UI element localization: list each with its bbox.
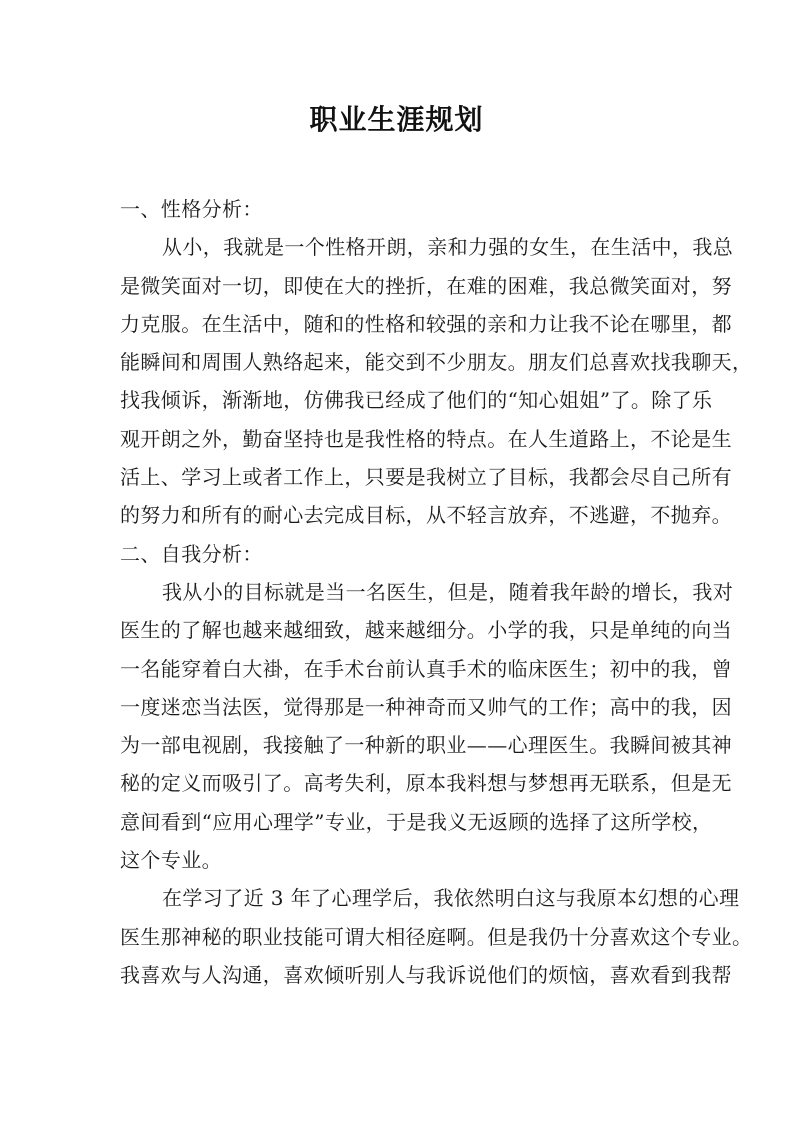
paragraph-line: 医生那神秘的职业技能可谓大相径庭啊。但是我仍十分喜欢这个专业。 xyxy=(120,918,673,956)
paragraph-line: 力克服。在生活中，随和的性格和较强的亲和力让我不论在哪里，都 xyxy=(120,305,673,343)
section-heading-self-analysis: 二、自我分析： xyxy=(120,535,673,573)
paragraph-line: 意间看到“应用心理学”专业，于是我义无返顾的选择了这所学校， xyxy=(120,803,673,841)
document-body: 一、性格分析： 从小，我就是一个性格开朗，亲和力强的女生，在生活中，我总 是微笑… xyxy=(120,190,673,994)
paragraph-line: 是微笑面对一切，即使在大的挫折，在难的困难，我总微笑面对，努 xyxy=(120,267,673,305)
paragraph-line: 我喜欢与人沟通，喜欢倾听别人与我诉说他们的烦恼，喜欢看到我帮 xyxy=(120,956,673,994)
paragraph-line: 一名能穿着白大褂，在手术台前认真手术的临床医生；初中的我，曾 xyxy=(120,650,673,688)
paragraph-line: 从小，我就是一个性格开朗，亲和力强的女生，在生活中，我总 xyxy=(120,228,673,266)
paragraph-line: 的努力和所有的耐心去完成目标，从不轻言放弃，不逃避，不抛弃。 xyxy=(120,496,673,534)
paragraph-line: 为一部电视剧，我接触了一种新的职业——心理医生。我瞬间被其神 xyxy=(120,726,673,764)
paragraph-line: 活上、学习上或者工作上，只要是我树立了目标，我都会尽自己所有 xyxy=(120,458,673,496)
document-page: 职业生涯规划 一、性格分析： 从小，我就是一个性格开朗，亲和力强的女生，在生活中… xyxy=(0,0,793,1122)
paragraph-line: 这个专业。 xyxy=(120,841,673,879)
section-heading-personality: 一、性格分析： xyxy=(120,190,673,228)
paragraph-line: 秘的定义而吸引了。高考失利，原本我料想与梦想再无联系，但是无 xyxy=(120,764,673,802)
document-title: 职业生涯规划 xyxy=(0,100,793,140)
paragraph-line: 找我倾诉，渐渐地，仿佛我已经成了他们的“知心姐姐”了。除了乐 xyxy=(120,381,673,419)
paragraph-line: 医生的了解也越来越细致，越来越细分。小学的我，只是单纯的向当 xyxy=(120,611,673,649)
paragraph-line: 在学习了近 3 年了心理学后，我依然明白这与我原本幻想的心理 xyxy=(120,879,673,917)
paragraph-line: 能瞬间和周围人熟络起来，能交到不少朋友。朋友们总喜欢找我聊天， xyxy=(120,343,673,381)
paragraph-line: 一度迷恋当法医，觉得那是一种神奇而又帅气的工作；高中的我，因 xyxy=(120,688,673,726)
paragraph-line: 观开朗之外，勤奋坚持也是我性格的特点。在人生道路上，不论是生 xyxy=(120,420,673,458)
paragraph-line: 我从小的目标就是当一名医生，但是，随着我年龄的增长，我对 xyxy=(120,573,673,611)
